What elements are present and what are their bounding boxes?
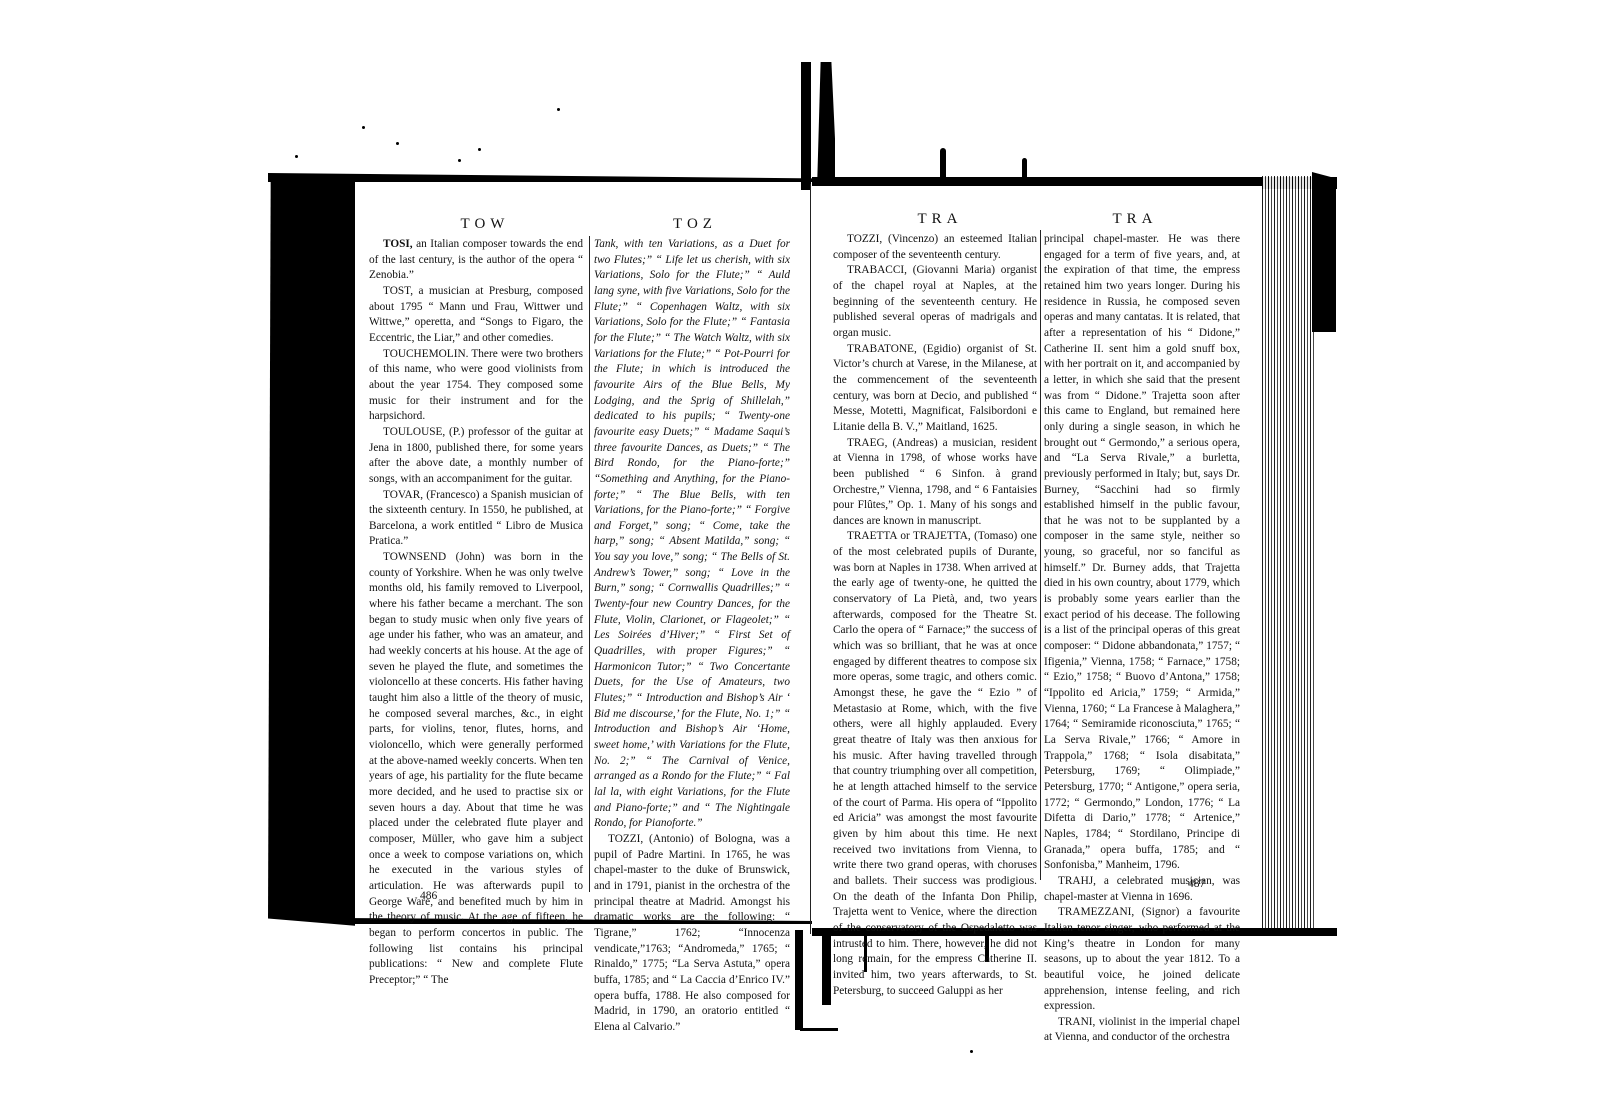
running-head-tow: TOW [440,216,530,233]
running-head-tra-2: TRA [1090,211,1180,228]
column-right-1: TOZZI, (Vincenzo) an esteemed Italian co… [833,232,1037,999]
entry-trabatone: TRABATONE, (Egidio) organist of St. Vict… [833,342,1037,436]
page-number-right: 487 [1188,878,1205,890]
entry-townsend: TOWNSEND (John) was born in the county o… [369,550,583,988]
scan-speck [458,159,461,162]
entry-traeg: TRAEG, (Andreas) a musician, resident at… [833,436,1037,530]
scan-speck [557,108,560,111]
scan-artifact [822,930,831,1005]
scan-artifact [800,1028,838,1031]
entry-tosi: TOSI, an Italian composer towards the en… [369,237,583,284]
scan-speck [396,142,399,145]
scan-artifact [795,930,803,1030]
entry-trahj: TRAHJ, a celebrated musician, was chapel… [1044,874,1240,905]
entry-touchemolin: TOUCHEMOLIN. There were two brothers of … [369,347,583,425]
entry-tovar: TOVAR, (Francesco) a Spanish musician of… [369,488,583,551]
column-rule [589,236,590,892]
entry-trani: TRANI, violinist in the imperial chapel … [1044,1015,1240,1046]
page-edge-tab [940,148,946,180]
left-cover-board [268,174,358,926]
page-number-left: 486 [420,890,437,902]
running-head-toz: TOZ [650,216,740,233]
column-left-1: TOSI, an Italian composer towards the en… [369,237,583,989]
scan-speck [295,155,298,158]
book-scan: TOW TOSI, an Italian composer towards th… [0,0,1600,1095]
column-rule [1040,230,1041,880]
page-edge-tab [1022,158,1027,180]
spine-top-shadow [817,62,835,190]
right-cover-board [1312,172,1336,332]
scan-speck [362,126,365,129]
entry-tozzi-antonio: TOZZI, (Antonio) of Bologna, was a pupil… [594,832,790,1036]
right-fore-edge [1262,176,1314,928]
entry-tozzi-vincenzo: TOZZI, (Vincenzo) an esteemed Italian co… [833,232,1037,263]
entry-toulouse: TOULOUSE, (P.) professor of the guitar a… [369,425,583,488]
entry-traetta-continued: principal chapel-master. He was there en… [1044,232,1240,874]
running-head-tra-1: TRA [895,211,985,228]
column-left-2: Tank, with ten Variations, as a Duet for… [594,237,790,1035]
entry-trabacci: TRABACCI, (Giovanni Maria) organist of t… [833,263,1037,341]
entry-townsend-continued: Tank, with ten Variations, as a Duet for… [594,237,790,832]
entry-tramezzani: TRAMEZZANI, (Signor) a favourite Italian… [1044,905,1240,1015]
entry-tost: TOST, a musician at Presburg, composed a… [369,284,583,347]
entry-traetta: TRAETTA or TRAJETTA, (Tomaso) one of the… [833,529,1037,999]
spine-top-shadow [801,62,811,190]
gutter-line [810,184,811,934]
column-right-2: principal chapel-master. He was there en… [1044,232,1240,1046]
scan-speck [478,148,481,151]
scan-speck [970,1050,973,1053]
